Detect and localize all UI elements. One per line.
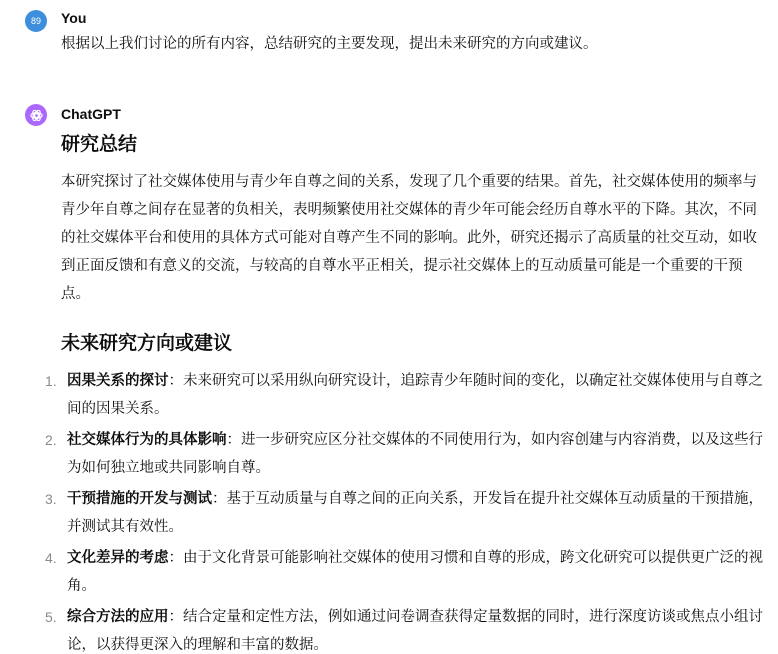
summary-heading: 研究总结 [61,132,137,156]
list-number: 3. [45,485,57,513]
list-item-title: 干预措施的开发与测试 [67,491,212,507]
openai-logo-icon [29,108,44,123]
list-item: 2.社交媒体行为的具体影响：进一步研究应区分社交媒体的不同使用行为，如内容创建与… [37,426,767,482]
list-item: 3.干预措施的开发与测试：基于互动质量与自尊之间的正向关系，开发旨在提升社交媒体… [37,485,767,541]
suggestions-list: 1.因果关系的探讨：未来研究可以采用纵向研究设计，追踪青少年随时间的变化，以确定… [37,367,767,654]
list-number: 4. [45,544,57,572]
future-heading: 未来研究方向或建议 [61,331,232,355]
list-item: 4.文化差异的考虑：由于文化背景可能影响社交媒体的使用习惯和自尊的形成，跨文化研… [37,544,767,600]
list-item: 5.综合方法的应用：结合定量和定性方法，例如通过问卷调查获得定量数据的同时，进行… [37,603,767,654]
list-item-text: ：未来研究可以采用纵向研究设计，追踪青少年随时间的变化，以确定社交媒体使用与自尊… [67,373,763,417]
list-number: 2. [45,426,57,454]
list-item-title: 社交媒体行为的具体影响 [67,432,227,448]
list-item-text: ：由于文化背景可能影响社交媒体的使用习惯和自尊的形成，跨文化研究可以提供更广泛的… [67,550,763,594]
list-number: 1. [45,367,57,395]
assistant-author-name: ChatGPT [61,106,121,122]
list-item-title: 因果关系的探讨 [67,373,169,389]
list-item-title: 综合方法的应用 [67,609,169,625]
summary-paragraph: 本研究探讨了社交媒体使用与青少年自尊之间的关系，发现了几个重要的结果。首先，社交… [61,168,761,308]
list-item-title: 文化差异的考虑 [67,550,169,566]
list-item-text: ：结合定量和定性方法，例如通过问卷调查获得定量数据的同时，进行深度访谈或焦点小组… [67,609,763,653]
list-number: 5. [45,603,57,631]
chatgpt-avatar [25,104,47,126]
list-item: 1.因果关系的探讨：未来研究可以采用纵向研究设计，追踪青少年随时间的变化，以确定… [37,367,767,423]
assistant-message: ChatGPT 研究总结 本研究探讨了社交媒体使用与青少年自尊之间的关系，发现了… [0,0,778,654]
